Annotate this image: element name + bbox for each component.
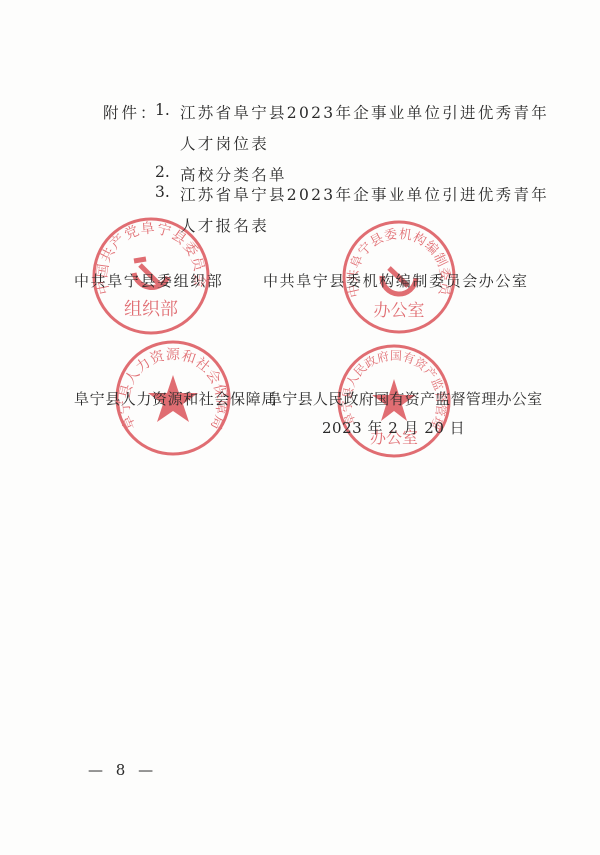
signatory-staffing-office: 中共阜宁县委机构编制委员会办公室 bbox=[263, 270, 529, 291]
attachment-2-number: 2. bbox=[155, 163, 170, 181]
signatory-sasac-office: 阜宁县人民政府国有资产监督管理办公室 bbox=[267, 388, 542, 409]
signatory-hr-bureau: 阜宁县人力资源和社会保障局 bbox=[74, 388, 277, 409]
attachment-1-title: 江苏省阜宁县2023年企事业单位引进优秀青年 bbox=[180, 101, 549, 123]
svg-text:组织部: 组织部 bbox=[124, 299, 178, 320]
document-date: 2023 年 2 月 20 日 bbox=[322, 417, 465, 438]
attachments-label: 附件： bbox=[103, 101, 159, 123]
attachment-1-title-cont: 人才岗位表 bbox=[180, 132, 269, 154]
attachment-3-title-cont: 人才报名表 bbox=[180, 214, 269, 236]
attachment-3-title: 江苏省阜宁县2023年企事业单位引进优秀青年 bbox=[180, 183, 549, 205]
attachment-1-number: 1. bbox=[155, 101, 170, 119]
signatory-organization-department: 中共阜宁县委组织部 bbox=[74, 270, 223, 291]
svg-text:办公室: 办公室 bbox=[374, 301, 425, 321]
page-number: — 8 — bbox=[88, 761, 157, 779]
attachment-3-number: 3. bbox=[155, 183, 170, 201]
attachment-2-title: 高校分类名单 bbox=[180, 163, 287, 185]
